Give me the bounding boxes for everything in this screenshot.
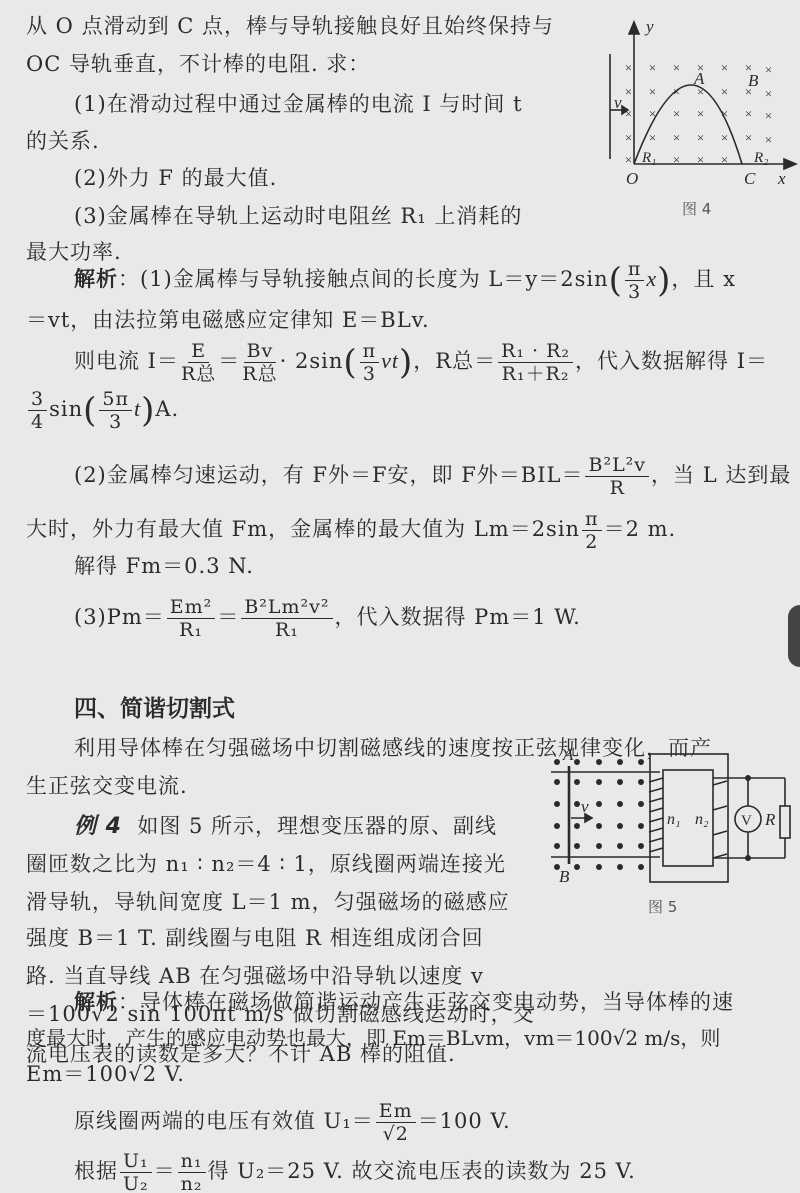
question-3: (3)金属棒在导轨上运动时电阻丝 R₁ 上消耗的: [74, 202, 522, 230]
point-a-label: A: [693, 69, 705, 88]
velocity-label: v: [581, 797, 589, 816]
solution-line: 则电流 I＝ER总＝BvR总· 2sin(π3vt)，R总＝R₁ · R₂R₁＋…: [74, 340, 768, 385]
solution-line: 大时，外力有最大值 Fm，金属棒的最大值为 Lm＝2sinπ2＝2 m.: [26, 508, 676, 553]
solution-line: 解析：导体棒在磁场做简谐运动产生正弦交变电动势，当导体棒的速: [74, 988, 734, 1016]
solution-line: 34sin(5π3t)A.: [26, 388, 179, 433]
svg-text:×: ×: [696, 130, 705, 145]
section-heading: 四、简谐切割式: [74, 690, 235, 723]
solution-line: ＝vt，由法拉第电磁感应定律知 E＝BLv.: [26, 306, 430, 334]
example-line: 路. 当直导线 AB 在匀强磁场中沿导轨以速度 v: [26, 962, 484, 990]
page-tab-edge: [788, 605, 800, 667]
svg-text:×: ×: [648, 60, 657, 75]
svg-text:×: ×: [764, 62, 773, 77]
svg-text:×: ×: [624, 106, 633, 121]
question-2: (2)外力 F 的最大值.: [74, 164, 277, 192]
solution-line: (3)Pm＝Em²R₁＝B²Lm²v²R₁，代入数据得 Pm＝1 W.: [74, 596, 581, 641]
example-line: 强度 B＝1 T. 副线圈与电阻 R 相连组成闭合回: [26, 924, 484, 952]
svg-text:×: ×: [720, 60, 729, 75]
svg-text:×: ×: [648, 106, 657, 121]
r1-label: R₁: [641, 150, 656, 166]
point-b-label: B: [748, 71, 759, 90]
svg-text:×: ×: [672, 130, 681, 145]
figure-4-diagram: ××××××× ××××××× ××××××× ××××××× ×××× y x…: [598, 14, 798, 186]
svg-text:×: ×: [744, 130, 753, 145]
solution-line: 度最大时，产生的感应电动势也最大，即 Em＝BLvm，vm＝100√2 m/s，…: [26, 1024, 720, 1052]
n1-label: n₁: [667, 811, 681, 828]
example-label: 例 4: [74, 814, 122, 839]
origin-label: O: [626, 169, 638, 186]
question-1: (1)在滑动过程中通过金属棒的电流 I 与时间 t: [74, 90, 523, 118]
svg-text:×: ×: [648, 130, 657, 145]
solution-label: 解析: [74, 989, 118, 1014]
svg-text:×: ×: [672, 106, 681, 121]
svg-text:×: ×: [764, 132, 773, 147]
point-a-label: A: [562, 745, 574, 764]
svg-text:×: ×: [744, 106, 753, 121]
figure-4-caption: 图 4: [682, 198, 711, 219]
velocity-label: v: [614, 93, 622, 112]
svg-text:×: ×: [696, 152, 705, 167]
solution-label: 解析: [74, 266, 118, 291]
section-intro-cont: 生正弦交变电流.: [26, 772, 188, 800]
solution-line: 原线圈两端的电压有效值 U₁＝Em√2＝100 V.: [74, 1100, 511, 1145]
svg-text:×: ×: [720, 106, 729, 121]
svg-text:×: ×: [672, 84, 681, 99]
svg-text:×: ×: [648, 84, 657, 99]
example-line: 滑导轨，导轨间宽度 L＝1 m，匀强磁场的磁感应: [26, 888, 510, 916]
svg-text:×: ×: [696, 106, 705, 121]
svg-text:×: ×: [720, 130, 729, 145]
fraction: π3: [625, 258, 645, 303]
solution-line: 解得 Fm＝0.3 N.: [74, 552, 254, 580]
figure-5-diagram: A B v n₁ n₂ V R: [545, 740, 795, 890]
x-axis-label: x: [777, 169, 786, 186]
solution-line: Em＝100√2 V.: [26, 1060, 185, 1088]
solution-line: 根据U₁U₂＝n₁n₂得 U₂＝25 V. 故交流电压表的读数为 25 V.: [74, 1150, 636, 1193]
svg-text:×: ×: [720, 152, 729, 167]
svg-text:×: ×: [764, 86, 773, 101]
example-line: 例 4 如图 5 所示，理想变压器的原、副线: [74, 812, 497, 841]
n2-label: n₂: [695, 811, 709, 828]
svg-text:×: ×: [624, 60, 633, 75]
problem-text-line: 从 O 点滑动到 C 点，棒与导轨接触良好且始终保持与: [26, 12, 554, 40]
textbook-page: 从 O 点滑动到 C 点，棒与导轨接触良好且始终保持与 OC 导轨垂直，不计棒的…: [0, 0, 800, 1193]
svg-text:×: ×: [764, 108, 773, 123]
svg-text:×: ×: [672, 60, 681, 75]
point-c-label: C: [744, 169, 756, 186]
y-axis-label: y: [644, 17, 654, 36]
problem-text-line: OC 导轨垂直，不计棒的电阻. 求：: [26, 50, 370, 78]
voltmeter-label: V: [741, 813, 752, 829]
resistor-label: R: [764, 810, 776, 829]
svg-text:×: ×: [624, 130, 633, 145]
question-1-cont: 的关系.: [26, 127, 100, 155]
svg-text:×: ×: [624, 152, 633, 167]
solution-line: 解析：(1)金属棒与导轨接触点间的长度为 L＝y＝2sin(π3x)，且 x: [74, 258, 736, 303]
svg-text:×: ×: [720, 84, 729, 99]
r2-label: R₂: [753, 150, 768, 166]
svg-text:×: ×: [672, 152, 681, 167]
figure-5-caption: 图 5: [648, 896, 677, 917]
point-b-label: B: [559, 867, 570, 886]
example-line: 圈匝数之比为 n₁ ∶ n₂＝4 ∶ 1，原线圈两端连接光: [26, 850, 506, 878]
solution-line: (2)金属棒匀速运动，有 F外＝F安，即 F外＝BIL＝B²L²vR，当 L 达…: [74, 454, 791, 499]
svg-text:×: ×: [624, 84, 633, 99]
